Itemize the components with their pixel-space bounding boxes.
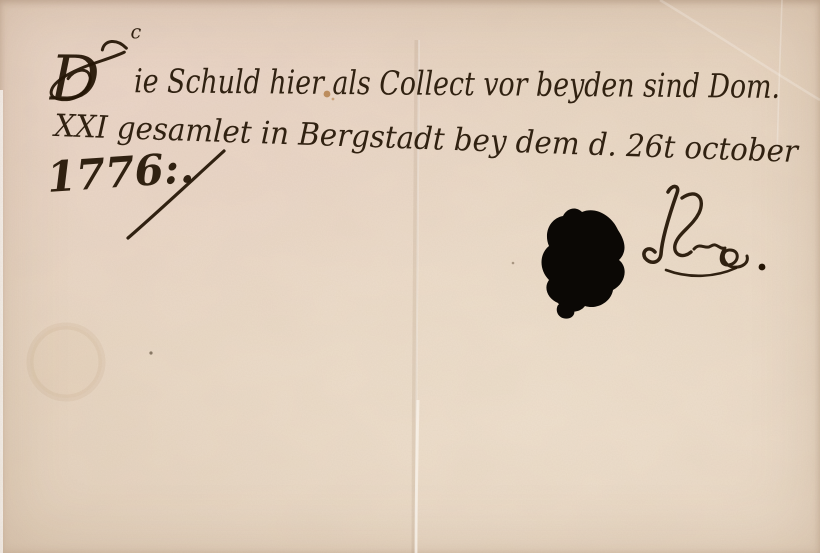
manuscript-art: c D ie Schuld hier als Collect vor beyde…	[0, 0, 820, 553]
handwriting-line-3: 1776:.	[45, 143, 195, 202]
signature-period-dot	[759, 264, 766, 271]
line1-superscript: c	[130, 21, 141, 43]
line3-year: 1776:.	[45, 143, 195, 202]
line1-text: ie Schuld hier als Collect vor beyden si…	[134, 61, 780, 106]
line1-initial-letter: D	[49, 41, 100, 114]
manuscript-scan: c D ie Schuld hier als Collect vor beyde…	[0, 0, 820, 553]
